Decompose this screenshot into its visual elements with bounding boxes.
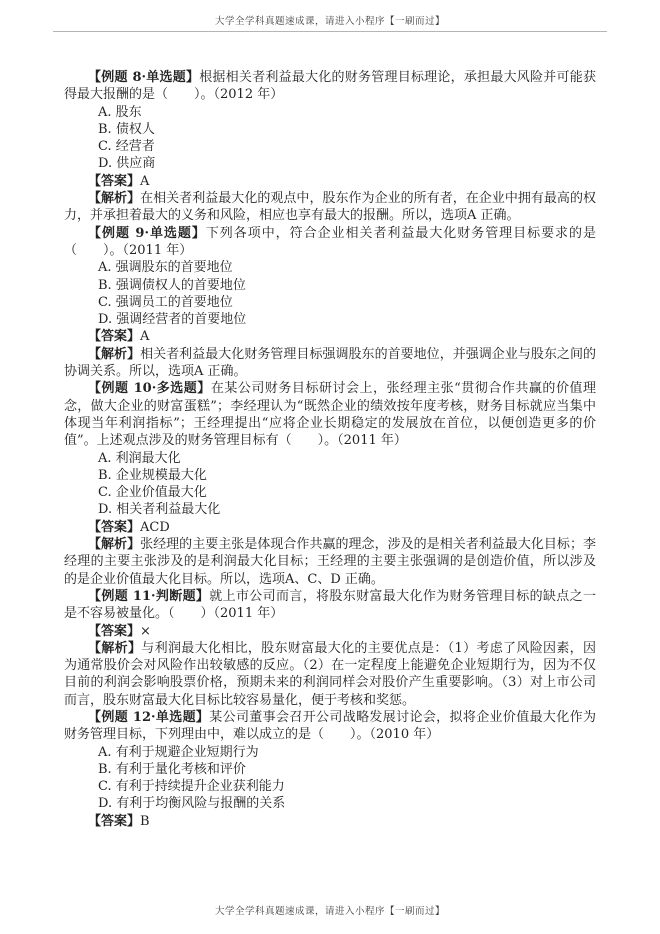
answer-value: A bbox=[140, 174, 149, 189]
question-label: 【例题 11·判断题】 bbox=[88, 589, 209, 604]
question-option-a: A. 股东 bbox=[98, 104, 596, 121]
question-option-d: D. 强调经营者的首要地位 bbox=[98, 311, 596, 328]
question-block-12: 【例题 12·单选题】某公司董事会召开公司战略发展讨论会，拟将企业价值最大化作为… bbox=[64, 709, 596, 830]
answer-label: 【答案】 bbox=[88, 174, 140, 189]
analysis-line: 【解析】在相关者利益最大化的观点中，股东作为企业的所有者，在企业中拥有最高的权力… bbox=[64, 190, 596, 225]
question-option-b: B. 债权人 bbox=[98, 121, 596, 138]
question-option-b: B. 有利于量化考核和评价 bbox=[98, 761, 596, 778]
analysis-text: 相关者利益最大化财务管理目标强调股东的首要地位，并强调企业与股东之间的协调关系。… bbox=[64, 347, 596, 379]
question-option-d: D. 相关者利益最大化 bbox=[98, 501, 596, 518]
question-stem: 【例题 8·单选题】根据相关者利益最大化的财务管理目标理论，承担最大风险并可能获… bbox=[64, 69, 596, 104]
question-option-a: A. 强调股东的首要地位 bbox=[98, 259, 596, 276]
analysis-label: 【解析】 bbox=[88, 537, 140, 552]
question-option-c: C. 有利于持续提升企业获利能力 bbox=[98, 778, 596, 795]
answer-line: 【答案】A bbox=[64, 173, 596, 190]
question-option-c: C. 强调员工的首要地位 bbox=[98, 294, 596, 311]
question-option-d: D. 供应商 bbox=[98, 155, 596, 172]
question-stem: 【例题 11·判断题】就上市公司而言，将股东财富最大化作为财务管理目标的缺点之一… bbox=[64, 588, 596, 623]
question-block-10: 【例题 10·多选题】在某公司财务目标研讨会上，张经理主张“贯彻合作共赢的价值理… bbox=[64, 380, 596, 588]
answer-label: 【答案】 bbox=[88, 520, 140, 535]
answer-line: 【答案】ACD bbox=[64, 519, 596, 536]
header-divider bbox=[53, 31, 607, 32]
question-stem: 【例题 12·单选题】某公司董事会召开公司战略发展讨论会，拟将企业价值最大化作为… bbox=[64, 709, 596, 744]
answer-label: 【答案】 bbox=[88, 814, 140, 829]
answer-line: 【答案】A bbox=[64, 328, 596, 345]
question-option-a: A. 有利于规避企业短期行为 bbox=[98, 744, 596, 761]
question-option-a: A. 利润最大化 bbox=[98, 450, 596, 467]
question-label: 【例题 8·单选题】 bbox=[88, 70, 199, 85]
question-option-d: D. 有利于均衡风险与报酬的关系 bbox=[98, 795, 596, 812]
analysis-label: 【解析】 bbox=[88, 191, 140, 206]
footer-promo-text: 大学全学科真题速成课，请进入小程序【一刷而过】 bbox=[0, 903, 660, 917]
question-option-c: C. 经营者 bbox=[98, 138, 596, 155]
answer-value: × bbox=[140, 624, 151, 639]
analysis-label: 【解析】 bbox=[88, 347, 140, 362]
page-content: 【例题 8·单选题】根据相关者利益最大化的财务管理目标理论，承担最大风险并可能获… bbox=[64, 69, 596, 830]
answer-label: 【答案】 bbox=[88, 329, 140, 344]
analysis-line: 【解析】张经理的主要主张是体现合作共赢的理念，涉及的是相关者利益最大化目标；李经… bbox=[64, 536, 596, 588]
question-option-b: B. 企业规模最大化 bbox=[98, 467, 596, 484]
question-option-c: C. 企业价值最大化 bbox=[98, 484, 596, 501]
answer-value: A bbox=[140, 329, 149, 344]
analysis-label: 【解析】 bbox=[88, 641, 141, 656]
question-block-8: 【例题 8·单选题】根据相关者利益最大化的财务管理目标理论，承担最大风险并可能获… bbox=[64, 69, 596, 225]
question-stem: 【例题 9·单选题】下列各项中，符合企业相关者利益最大化财务管理目标要求的是（ … bbox=[64, 225, 596, 260]
analysis-text: 与利润最大化相比，股东财富最大化的主要优点是：（1）考虑了风险因素，因为通常股价… bbox=[64, 641, 596, 708]
question-label: 【例题 12·单选题】 bbox=[88, 710, 209, 725]
analysis-text: 在相关者利益最大化的观点中，股东作为企业的所有者，在企业中拥有最高的权力，并承担… bbox=[64, 191, 596, 223]
analysis-line: 【解析】与利润最大化相比，股东财富最大化的主要优点是：（1）考虑了风险因素，因为… bbox=[64, 640, 596, 709]
answer-line: 【答案】× bbox=[64, 623, 596, 640]
analysis-line: 【解析】相关者利益最大化财务管理目标强调股东的首要地位，并强调企业与股东之间的协… bbox=[64, 346, 596, 381]
header-promo-text: 大学全学科真题速成课，请进入小程序【一刷而过】 bbox=[0, 13, 660, 27]
analysis-text: 张经理的主要主张是体现合作共赢的理念，涉及的是相关者利益最大化目标；李经理的主要… bbox=[64, 537, 596, 587]
question-block-9: 【例题 9·单选题】下列各项中，符合企业相关者利益最大化财务管理目标要求的是（ … bbox=[64, 225, 596, 381]
answer-value: B bbox=[140, 814, 150, 829]
answer-label: 【答案】 bbox=[88, 624, 140, 639]
answer-value: ACD bbox=[140, 520, 170, 535]
question-label: 【例题 10·多选题】 bbox=[88, 381, 211, 396]
question-option-b: B. 强调债权人的首要地位 bbox=[98, 277, 596, 294]
answer-line: 【答案】B bbox=[64, 813, 596, 830]
document-page: 大学全学科真题速成课，请进入小程序【一刷而过】 【例题 8·单选题】根据相关者利… bbox=[0, 0, 660, 934]
question-label: 【例题 9·单选题】 bbox=[88, 226, 206, 241]
question-stem: 【例题 10·多选题】在某公司财务目标研讨会上，张经理主张“贯彻合作共赢的价值理… bbox=[64, 380, 596, 449]
question-block-11: 【例题 11·判断题】就上市公司而言，将股东财富最大化作为财务管理目标的缺点之一… bbox=[64, 588, 596, 709]
